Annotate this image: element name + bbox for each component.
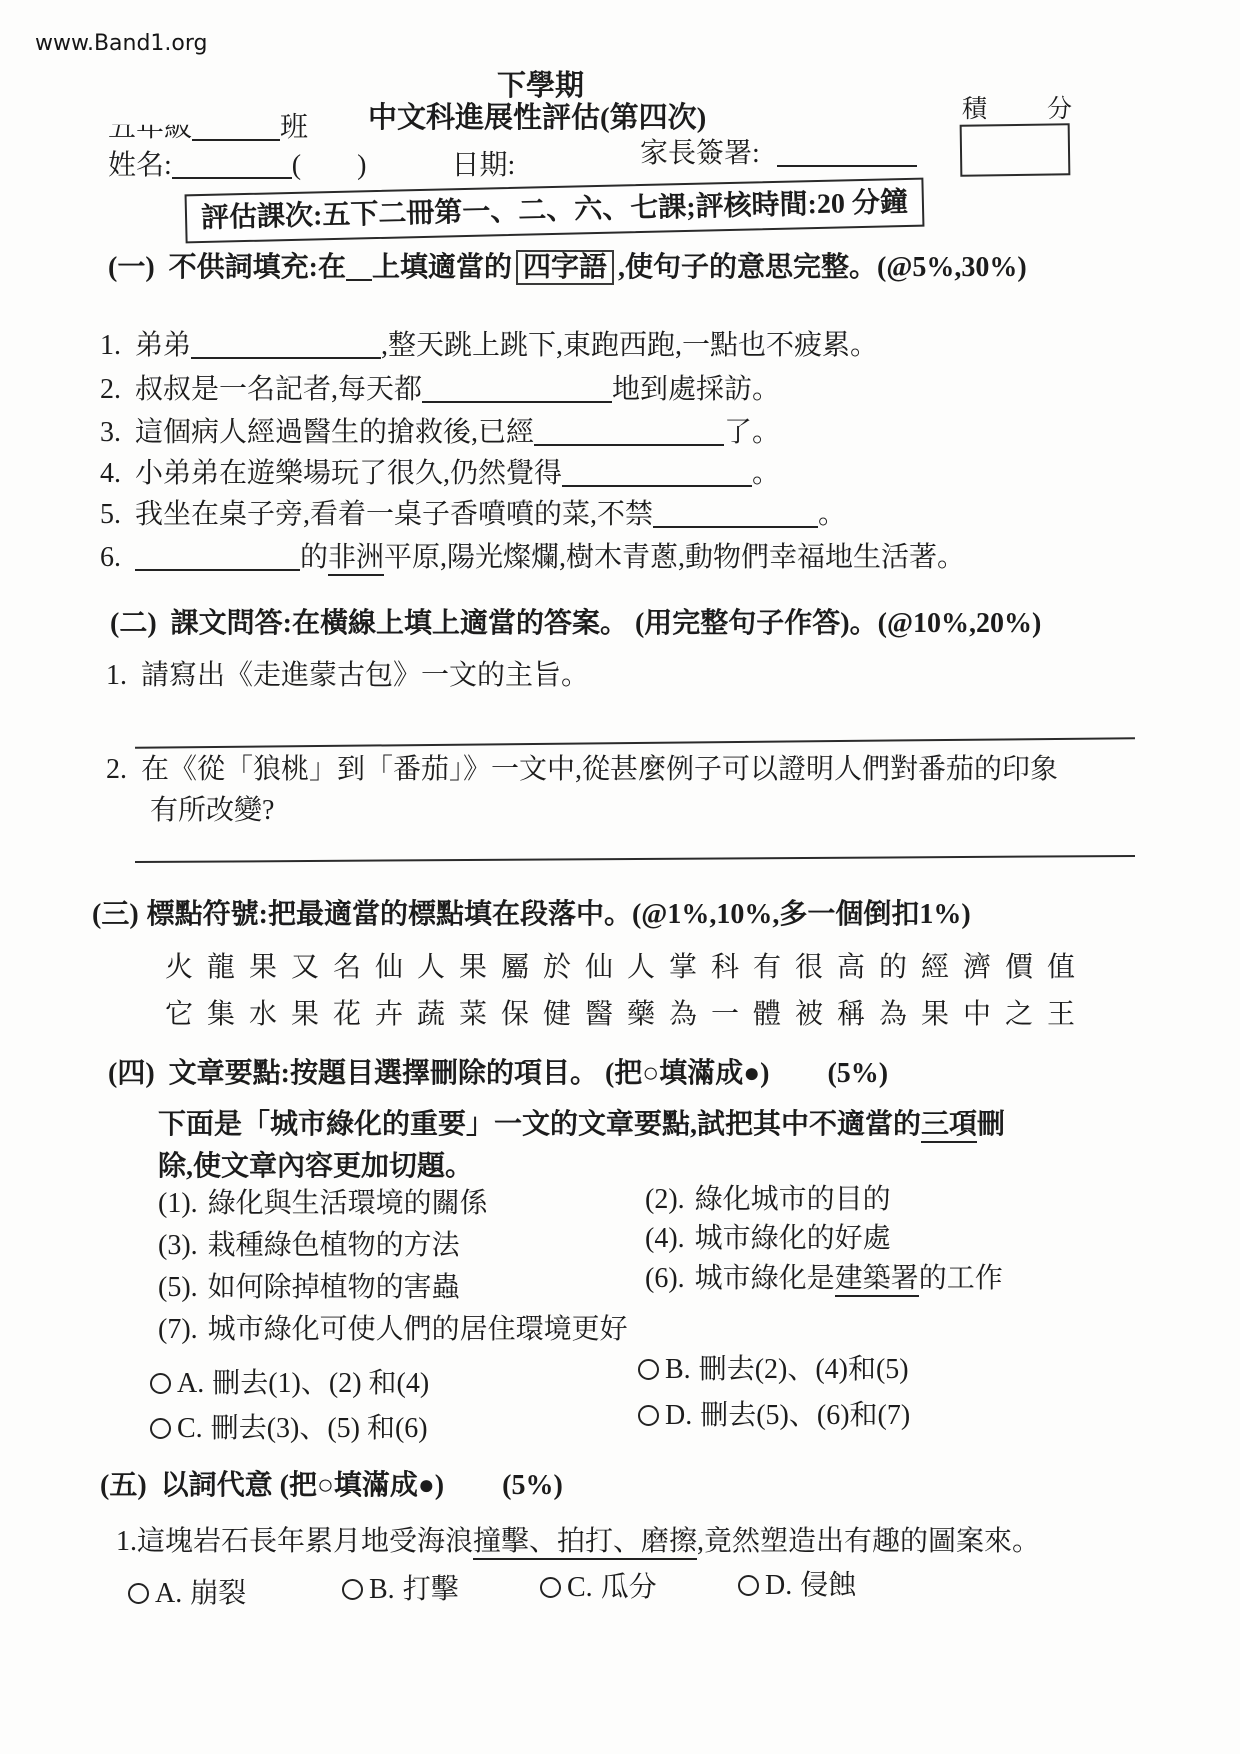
option-label: B. — [665, 1352, 691, 1387]
item-text: 。 — [818, 499, 846, 530]
option-text: 崩裂 — [190, 1578, 246, 1609]
s5-option-b: B.打擊 — [342, 1572, 459, 1607]
answer-line — [135, 737, 1135, 749]
option-label: A. — [155, 1576, 182, 1611]
option-label: A. — [177, 1366, 204, 1401]
item-text: 平原,陽光燦爛,樹木青蔥,動物們幸福地生活著。 — [384, 542, 965, 573]
s4-option-d: D.刪去(5)、(6)和(7) — [638, 1398, 910, 1433]
s1-item-3: 3.這個病人經過醫生的搶救後,已經了。 — [100, 415, 780, 450]
s5-option-c: C.瓜分 — [540, 1570, 657, 1605]
name-row: 姓名:( ) 日期: — [108, 148, 515, 183]
option-label: C. — [567, 1570, 593, 1605]
section2-number: (二) — [110, 606, 157, 641]
score-label: 積 分 — [962, 94, 1072, 125]
s4-point-3: (3).栽種綠色植物的方法 — [158, 1228, 460, 1263]
item-text: 叔叔是一名記者,每天都 — [135, 374, 422, 405]
item-number: 4. — [100, 456, 121, 491]
option-b-circle — [638, 1359, 659, 1380]
option-a-circle — [128, 1583, 149, 1604]
underlined-word: 三項 — [921, 1109, 977, 1143]
fill-blank — [653, 500, 818, 528]
s4-point-4: (4).城市綠化的好處 — [645, 1221, 891, 1256]
s1-item-6: 6.的非洲平原,陽光燦爛,樹木青蔥,動物們幸福地生活著。 — [100, 540, 965, 575]
item-text: 這個病人經過醫生的搶救後,已經 — [135, 417, 534, 448]
option-label: D. — [765, 1568, 792, 1603]
parent-sign-label: 家長簽署: — [640, 138, 760, 169]
item-text: 。 — [752, 458, 780, 489]
fill-blank — [562, 459, 752, 487]
s4-intro-line-1: 下面是「城市綠化的重要」一文的文章要點,試把其中不適當的三項刪 — [158, 1107, 1005, 1142]
underlined-word: 建築署 — [835, 1263, 919, 1297]
parent-sign-blank — [777, 139, 917, 167]
point-text: 城市綠化的好處 — [695, 1223, 891, 1254]
s1-item-5: 5.我坐在桌子旁,看着一桌子香噴噴的菜,不禁。 — [100, 497, 846, 532]
score-label-left: 積 — [962, 94, 987, 125]
s4-point-1: (1).綠化與生活環境的關係 — [158, 1186, 488, 1221]
section5-title: 以詞代意 (把○填滿成●) — [161, 1470, 444, 1501]
s1-item-1: 1.弟弟,整天跳上跳下,東跑西跑,一點也不疲累。 — [100, 328, 878, 363]
s4-point-6: (6).城市綠化是建築署的工作 — [645, 1261, 1003, 1296]
point-number: (4). — [645, 1221, 685, 1256]
option-a-circle — [150, 1373, 171, 1394]
option-text: 刪去(5)、(6)和(7) — [700, 1400, 910, 1431]
option-b-circle — [342, 1579, 363, 1600]
fill-blank — [135, 543, 300, 571]
date-label: 日期: — [451, 150, 515, 181]
section3-number: (三) — [92, 897, 139, 932]
section4-title: 文章要點:按題目選擇刪除的項目。 (把○填滿成●) — [169, 1058, 770, 1089]
section5-percent: (5%) — [502, 1470, 563, 1501]
punctuation-passage-line-2: 它集水果花卉蔬菜保健醫藥為一體被稱為果中之王 — [165, 997, 1089, 1032]
point-number: (7). — [158, 1312, 198, 1347]
item-number: 2. — [100, 372, 121, 407]
s5-option-a: A.崩裂 — [128, 1576, 246, 1611]
s5-question: 1.這塊岩石長年累月地受海浪撞擊、拍打、磨擦,竟然塑造出有趣的圖案來。 — [116, 1524, 1040, 1559]
name-paren: ( ) — [292, 150, 367, 181]
answer-line — [135, 855, 1135, 863]
item-text: ,整天跳上跳下,東跑西跑,一點也不疲累。 — [381, 330, 878, 361]
s4-point-2: (2).綠化城市的目的 — [645, 1182, 891, 1217]
item-number: 1. — [100, 328, 121, 363]
section1-text-post: ,使句子的意思完整。(@5%,30%) — [618, 252, 1027, 283]
watermark-url: www.Band1.org — [35, 30, 208, 58]
s2-question-2: 2.在《從「狼桃」到「番茄」》一文中,從甚麼例子可以證明人們對番茄的印象 — [106, 752, 1058, 787]
option-label: D. — [665, 1398, 692, 1433]
option-text: 刪去(2)、(4)和(5) — [699, 1354, 909, 1385]
assessment-info-box: 評估課次:五下二冊第一、二、六、七課;評核時間:20 分鐘 — [185, 178, 925, 244]
option-text: 瓜分 — [601, 1572, 657, 1603]
option-text: 刪去(3)、(5) 和(6) — [211, 1413, 428, 1444]
class-blank — [192, 113, 280, 141]
term-label: 下學期 — [497, 68, 584, 104]
section2-heading: (二)課文問答:在橫線上填上適當的答案。 (用完整句子作答)。(@10%,20%… — [110, 606, 1041, 641]
point-text: 如何除掉植物的害蟲 — [208, 1272, 460, 1303]
point-text: 綠化與生活環境的關係 — [208, 1188, 488, 1219]
boxed-term: 四字語 — [516, 250, 614, 285]
section3-heading: (三)標點符號:把最適當的標點填在段落中。(@1%,10%,多一個倒扣1%) — [92, 897, 971, 932]
point-text: 栽種綠色植物的方法 — [208, 1230, 460, 1261]
intro-text: 刪 — [977, 1109, 1005, 1140]
option-c-circle — [540, 1577, 561, 1598]
s4-intro-line-2: 除,使文章內容更加切題。 — [158, 1149, 473, 1184]
score-box — [960, 123, 1071, 177]
s4-point-7: (7).城市綠化可使人們的居住環境更好 — [158, 1312, 628, 1347]
s2-question-1: 1.請寫出《走進蒙古包》一文的主旨。 — [106, 658, 589, 693]
option-text: 打擊 — [403, 1574, 459, 1605]
question-number: 2. — [106, 752, 127, 787]
item-text: 了。 — [724, 417, 780, 448]
exam-paper-page: www.Band1.org 下學期 中文科進展性評估(第四次) 五年級班 姓名:… — [0, 0, 1240, 1754]
point-number: (3). — [158, 1228, 198, 1263]
section1-text-pre: 不供詞填充:在 — [169, 252, 346, 283]
item-number: 5. — [100, 497, 121, 532]
item-text: 小弟弟在遊樂場玩了很久,仍然覺得 — [135, 458, 562, 489]
s4-option-b: B.刪去(2)、(4)和(5) — [638, 1352, 909, 1387]
point-text: 綠化城市的目的 — [695, 1184, 891, 1215]
score-label-right: 分 — [1047, 94, 1072, 125]
section5-heading: (五)以詞代意 (把○填滿成●)(5%) — [100, 1468, 563, 1503]
section3-title: 標點符號:把最適當的標點填在段落中。(@1%,10%,多一個倒扣1%) — [147, 899, 971, 930]
item-text: 的 — [300, 542, 328, 573]
paper-title: 中文科進展性評估(第四次) — [368, 100, 706, 136]
option-d-circle — [738, 1575, 759, 1596]
option-d-circle — [638, 1405, 659, 1426]
s4-option-a: A.刪去(1)、(2) 和(4) — [150, 1366, 429, 1401]
name-label: 姓名: — [108, 150, 172, 181]
option-text: 侵蝕 — [800, 1570, 856, 1601]
point-text: 城市綠化是 — [695, 1263, 835, 1294]
option-text: 刪去(1)、(2) 和(4) — [212, 1368, 429, 1399]
section5-number: (五) — [100, 1468, 147, 1503]
item-text: 我坐在桌子旁,看着一桌子香噴噴的菜,不禁 — [135, 499, 653, 530]
point-number: (6). — [645, 1261, 685, 1296]
section2-title: 課文問答:在橫線上填上適當的答案。 (用完整句子作答)。(@10%,20%) — [171, 608, 1042, 639]
section4-heading: (四)文章要點:按題目選擇刪除的項目。 (把○填滿成●)(5%) — [108, 1056, 888, 1091]
fill-blank — [191, 331, 381, 359]
section4-percent: (5%) — [827, 1058, 888, 1089]
class-prefix: 五年級 — [108, 110, 192, 145]
class-suffix: 班 — [280, 112, 308, 143]
question-text: 在《從「狼桃」到「番茄」》一文中,從甚麼例子可以證明人們對番茄的印象 — [141, 754, 1058, 785]
s5-option-d: D.侵蝕 — [738, 1568, 856, 1603]
item-number: 6. — [100, 540, 121, 575]
underlined-phrase: 撞擊、拍打、磨擦 — [473, 1526, 697, 1560]
section4-number: (四) — [108, 1056, 155, 1091]
option-label: B. — [369, 1572, 395, 1607]
option-label: C. — [177, 1411, 203, 1446]
fill-blank — [422, 375, 612, 403]
item-text: 地到處採訪。 — [612, 374, 780, 405]
fill-blank — [534, 418, 724, 446]
s4-option-c: C.刪去(3)、(5) 和(6) — [150, 1411, 428, 1446]
underlined-word: 非洲 — [328, 542, 384, 576]
item-text: 弟弟 — [135, 330, 191, 361]
section1-inline-blank — [346, 253, 372, 281]
s4-point-5: (5).如何除掉植物的害蟲 — [158, 1270, 460, 1305]
question-number: 1. — [106, 658, 127, 693]
question-text: 請寫出《走進蒙古包》一文的主旨。 — [141, 660, 589, 691]
point-text: 的工作 — [919, 1263, 1003, 1294]
point-text: 城市綠化可使人們的居住環境更好 — [208, 1314, 628, 1345]
name-blank — [172, 151, 292, 179]
option-c-circle — [150, 1418, 171, 1439]
section1-number: (一) — [108, 250, 155, 285]
section1-heading: (一)不供詞填充:在上填適當的四字語,使句子的意思完整。(@5%,30%) — [108, 250, 1027, 285]
intro-text: 下面是「城市綠化的重要」一文的文章要點,試把其中不適當的 — [158, 1109, 921, 1140]
point-number: (5). — [158, 1270, 198, 1305]
s2-question-2-cont: 有所改變? — [150, 793, 274, 828]
point-number: (1). — [158, 1186, 198, 1221]
question-text: 有所改變? — [150, 795, 274, 826]
point-number: (2). — [645, 1182, 685, 1217]
s1-item-4: 4.小弟弟在遊樂場玩了很久,仍然覺得。 — [100, 456, 780, 491]
s1-item-2: 2.叔叔是一名記者,每天都地到處採訪。 — [100, 372, 780, 407]
parent-sign-row: 家長簽署: — [640, 136, 917, 171]
class-line: 五年級班 — [108, 110, 308, 145]
punctuation-passage-line-1: 火龍果又名仙人果屬於仙人掌科有很高的經濟價值 — [165, 950, 1089, 985]
question-text: ,竟然塑造出有趣的圖案來。 — [697, 1526, 1040, 1557]
item-number: 3. — [100, 415, 121, 450]
question-text: 1.這塊岩石長年累月地受海浪 — [116, 1526, 473, 1557]
section1-text-mid: 上填適當的 — [372, 252, 512, 283]
